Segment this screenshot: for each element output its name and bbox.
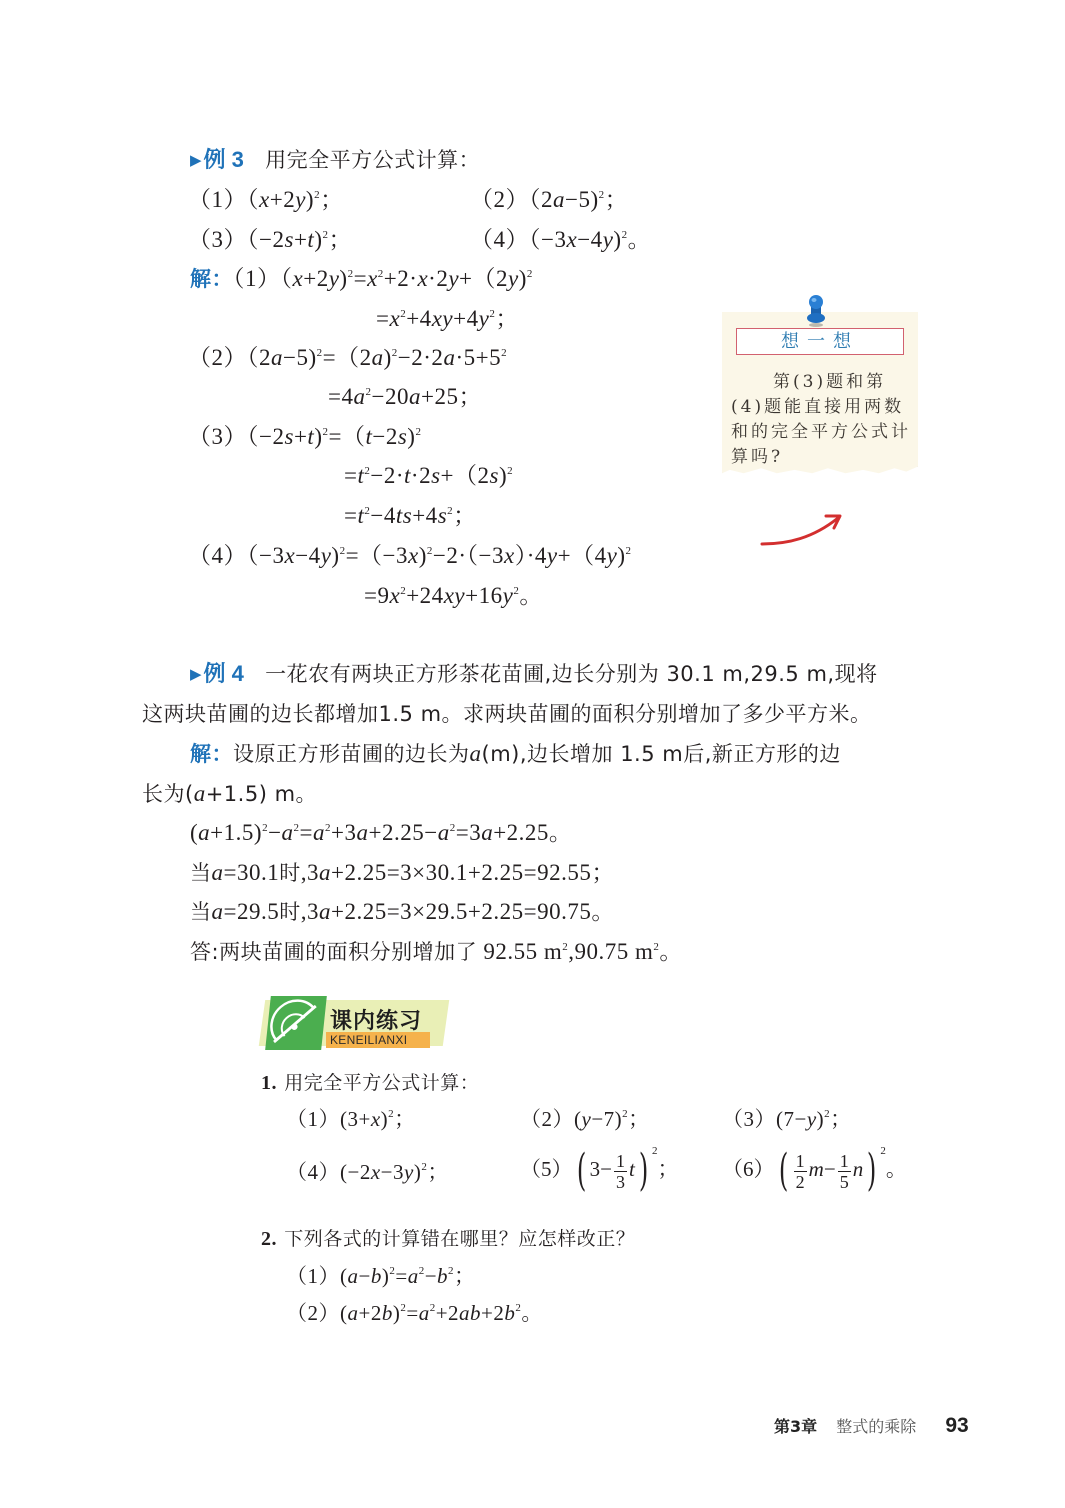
pushpin-icon [805, 294, 827, 328]
example3-heading: ▶例 3 用完全平方公式计算： [190, 146, 480, 175]
example3-solution-4-line2: =9x2+24xy+16y2。 [364, 582, 543, 610]
example4-problem-line2: 这两块苗圃的边长都增加1.5 m。求两块苗圃的面积分别增加了多少平方米。 [142, 700, 872, 728]
red-arrow-icon [758, 510, 848, 550]
example4-answer: 答:两块苗圃的面积分别增加了 92.55 m2,90.75 m2。 [190, 938, 683, 966]
example3-problem-2: （2）（2a−5)2； [470, 186, 628, 214]
example4-label: ▶例 4 [190, 661, 244, 686]
practice-subtitle: KENEILIANXI [330, 1032, 407, 1048]
practice-q1-item-4: （4）(−2x−3y)2； [286, 1158, 449, 1186]
example4-solution-line2: 长为(a+1.5) m。 [142, 780, 317, 808]
example3-problem-4: （4）（−3x−4y)2。 [470, 226, 651, 254]
footer-chapter: 第3章 [774, 1417, 817, 1436]
page-number: 93 [945, 1414, 968, 1437]
example4-calc-line3: 当a=29.5时,3a+2.25=3×29.5+2.25=90.75。 [190, 898, 615, 926]
practice-q1-item-2: （2）(y−7)2； [520, 1105, 650, 1133]
practice-q1-item-1: （1）(3+x)2； [286, 1105, 416, 1133]
example3-solution-3-line2: =t2−2·t·2s+（2s)2 [344, 462, 513, 490]
example3-solution-4-line1: （4）（−3x−4y)2=（−3x)2−2·（−3x）·4y+（4y)2 [188, 542, 632, 570]
example3-solution-3-line1: （3）（−2s+t)2=（t−2s)2 [188, 423, 421, 451]
practice-q2-prompt: 下列各式的计算错在哪里？应怎样改正？ [284, 1228, 635, 1250]
think-note-text: 第(3)题和第(4)题能直接用两数和的完全平方公式计算吗? [731, 370, 913, 470]
practice-q2-item-2: （2）(a+2b)2=a2+2ab+2b2。 [286, 1299, 543, 1327]
example4-calc-line1: (a+1.5)2−a2=a2+3a+2.25−a2=3a+2.25。 [190, 819, 572, 847]
practice-q1-item-3: （3）(7−y)2； [722, 1105, 852, 1133]
practice-badge: 课内练习 KENEILIANXI [262, 996, 448, 1052]
example4-solution-line1: 解：设原正方形苗圃的边长为a(m),边长增加 1.5 m后,新正方形的边 [190, 740, 841, 768]
solution-label: 解： [190, 742, 233, 766]
practice-title: 课内练习 [330, 1004, 422, 1035]
example4-problem-line1: ▶例 4 一花农有两块正方形茶花苗圃,边长分别为 30.1 m,29.5 m,现… [190, 660, 878, 689]
footer-chapter-title: 整式的乘除 [836, 1417, 916, 1436]
example4-calc-line2: 当a=30.1时,3a+2.25=3×30.1+2.25=92.55； [190, 859, 615, 887]
practice-q2-item-1: （1）(a−b)2=a2−b2； [286, 1262, 476, 1290]
practice-q1-item-5: （5）(3−13t)2； [520, 1144, 679, 1194]
practice-q1-heading: 1. 用完全平方公式计算： [261, 1068, 479, 1097]
example3-prompt: 用完全平方公式计算： [265, 148, 480, 172]
triangle-marker-icon: ▶ [190, 666, 202, 683]
protractor-icon [265, 996, 327, 1050]
triangle-marker-icon: ▶ [190, 152, 202, 169]
example3-solution-1-line2: =x2+4xy+4y2； [376, 305, 519, 333]
example3-problem-1: （1）（x+2y)2； [188, 186, 344, 214]
footer: 第3章 整式的乘除 93 [774, 1414, 969, 1438]
practice-q1-prompt: 用完全平方公式计算： [284, 1072, 479, 1094]
example3-problem-3: （3）（−2s+t)2； [188, 226, 352, 254]
practice-q1-number: 1. [261, 1072, 277, 1094]
practice-q2-number: 2. [261, 1228, 277, 1250]
example3-solution-2-line1: （2）（2a−5)2=（2a)2−2·2a·5+52 [188, 344, 507, 372]
example3-label: ▶例 3 [190, 147, 244, 172]
practice-q1-item-6: （6）(12m−15n)2。 [722, 1144, 907, 1194]
think-note-title: 想一想 [736, 328, 904, 355]
example3-solution-1-line1: 解：（1）（x+2y)2=x2+2·x·2y+（2y)2 [190, 265, 533, 293]
example3-solution-2-line2: =4a2−20a+25； [328, 383, 482, 411]
example3-solution-3-line3: =t2−4ts+4s2； [344, 502, 477, 530]
solution-label: 解： [190, 267, 233, 291]
practice-q2-heading: 2. 下列各式的计算错在哪里？应怎样改正？ [261, 1224, 635, 1253]
